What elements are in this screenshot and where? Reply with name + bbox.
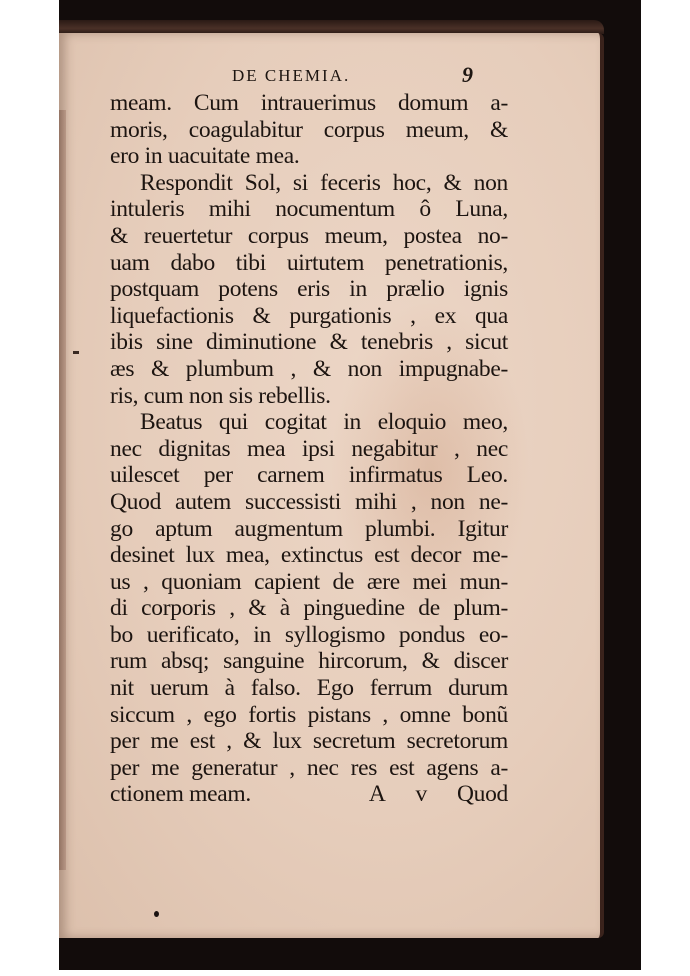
- ink-speck: [154, 911, 159, 917]
- page-number: 9: [462, 62, 475, 88]
- text-line: nit uerum à falso. Ego ferrum durum: [110, 675, 508, 702]
- text-line: per me generatur , nec res est agens a-: [110, 755, 508, 782]
- text-line: desinet lux mea, extinctus est decor me-: [110, 542, 508, 569]
- text-line: go aptum augmentum plumbi. Igitur: [110, 516, 508, 543]
- text-line: intuleris mihi nocumentum ô Luna,: [110, 196, 508, 223]
- text-line: siccum , ego fortis pistans , omne bonũ: [110, 702, 508, 729]
- text-line: liquefactionis & purgationis , ex qua: [110, 303, 508, 330]
- text-line: uilescet per carnem infirmatus Leo.: [110, 462, 508, 489]
- text-line: Respondit Sol, si feceris hoc, & non: [110, 170, 508, 197]
- catchword: Quod: [457, 781, 508, 808]
- body-text: meam. Cum intrauerimus domum a-moris, co…: [110, 90, 508, 781]
- text-line: us , quoniam capient de ære mei mun-: [110, 569, 508, 596]
- text-line: per me est , & lux secretum secretorum: [110, 728, 508, 755]
- text-line: rum absq; sanguine hircorum, & discer: [110, 648, 508, 675]
- text-line: meam. Cum intrauerimus domum a-: [110, 90, 508, 117]
- text-line: Beatus qui cogitat in eloquio meo,: [110, 409, 508, 436]
- margin-mark: [73, 351, 79, 354]
- text-line: ibis sine diminutione & tenebris , sicut: [110, 329, 508, 356]
- page-binding-shadow: [59, 110, 66, 870]
- signature-group: A v Quod: [369, 781, 508, 808]
- signature-number: v: [416, 781, 427, 808]
- final-line-text: ctionem meam.: [110, 781, 251, 808]
- text-line: Quod autem successisti mihi , non ne-: [110, 489, 508, 516]
- text-line: uam dabo tibi uirtutem penetrationis,: [110, 250, 508, 277]
- text-line: nec dignitas mea ipsi negabitur , nec: [110, 436, 508, 463]
- text-line: & reuertetur corpus meum, postea no-: [110, 223, 508, 250]
- final-line: ctionem meam. A v Quod: [110, 781, 508, 808]
- signature-mark: A: [369, 781, 386, 808]
- text-line: æs & plumbum , & non impugnabe-: [110, 356, 508, 383]
- book-page-top-edge: [59, 20, 604, 34]
- running-head: DE CHEMIA. 9: [110, 62, 508, 90]
- text-line: moris, coagulabitur corpus meum, &: [110, 117, 508, 144]
- text-line: ero in uacuitate mea.: [110, 143, 508, 170]
- text-line: ris, cum non sis rebellis.: [110, 383, 508, 410]
- text-line: postquam potens eris in prælio ignis: [110, 276, 508, 303]
- text-line: di corporis , & à pinguedine de plum-: [110, 595, 508, 622]
- text-line: bo uerificato, in syllogismo pondus eo-: [110, 622, 508, 649]
- running-title: DE CHEMIA.: [232, 66, 350, 86]
- text-block: DE CHEMIA. 9 meam. Cum intrauerimus domu…: [110, 62, 508, 808]
